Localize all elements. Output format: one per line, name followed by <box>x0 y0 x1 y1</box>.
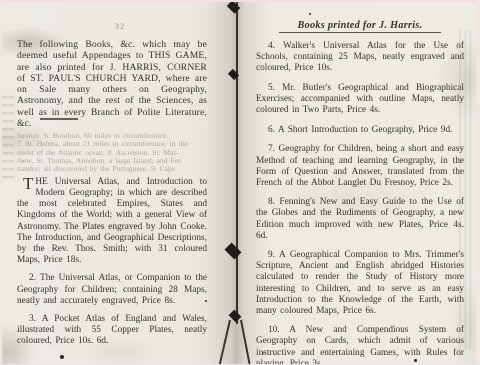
ink-speck <box>205 300 207 302</box>
running-header: Books printed for J. Harris. <box>279 20 441 33</box>
book-item-5: 5. Mr. Butler's Geographical and Biograp… <box>256 83 464 117</box>
ink-speck <box>414 359 417 362</box>
book-item-10: 10. A New and Compendious System of Geog… <box>256 325 464 365</box>
ink-underline <box>40 118 78 120</box>
left-page: 32 The following Books, &c. which may be… <box>0 0 237 365</box>
book-item-4: 4. Walker's Universal Atlas for the Use … <box>256 41 464 75</box>
intro-paragraph: The following Books, &c. which may be de… <box>17 39 207 129</box>
binding-thread <box>236 0 238 324</box>
book-item-3: 3. A Pocket Atlas of England and Wales, … <box>17 314 207 348</box>
book-item-1-text: HE Universal Atlas, and Introduction to … <box>17 177 207 265</box>
ghost-bleedthrough-text: ference. 6. Bourbon, 60 miles in circumf… <box>17 132 207 172</box>
book-item-6: 6. A Short Introduction to Geography, Pr… <box>256 125 464 136</box>
left-page-text-column: The following Books, &c. which may be de… <box>17 39 207 348</box>
scan-edge-right <box>476 0 480 365</box>
book-item-2: 2. The Universal Atlas, or Companion to … <box>17 273 207 307</box>
book-item-9: 9. A Geographical Companion to Mrs. Trim… <box>256 250 464 317</box>
book-item-8: 8. Fenning's New and Easy Guide to the U… <box>256 197 464 242</box>
ink-speck <box>262 352 264 354</box>
right-page-text-column: Books printed for J. Harris. 4. Walker's… <box>256 20 464 365</box>
book-item-1: THE Universal Atlas, and Introduction to… <box>17 177 207 267</box>
margin-bleedthrough <box>1 96 14 178</box>
drop-cap: T <box>17 177 35 190</box>
ink-speck <box>60 355 64 359</box>
scan-edge-top <box>0 0 480 2</box>
page-number: 32 <box>96 21 144 31</box>
ghost-line: nandez; all discovered by the Portuguese… <box>17 165 207 173</box>
book-scan: 32 The following Books, &c. which may be… <box>0 0 480 365</box>
scan-edge-left <box>0 0 2 365</box>
book-item-7: 7. Geography for Children, being a short… <box>256 144 464 189</box>
ink-speck <box>309 13 311 15</box>
